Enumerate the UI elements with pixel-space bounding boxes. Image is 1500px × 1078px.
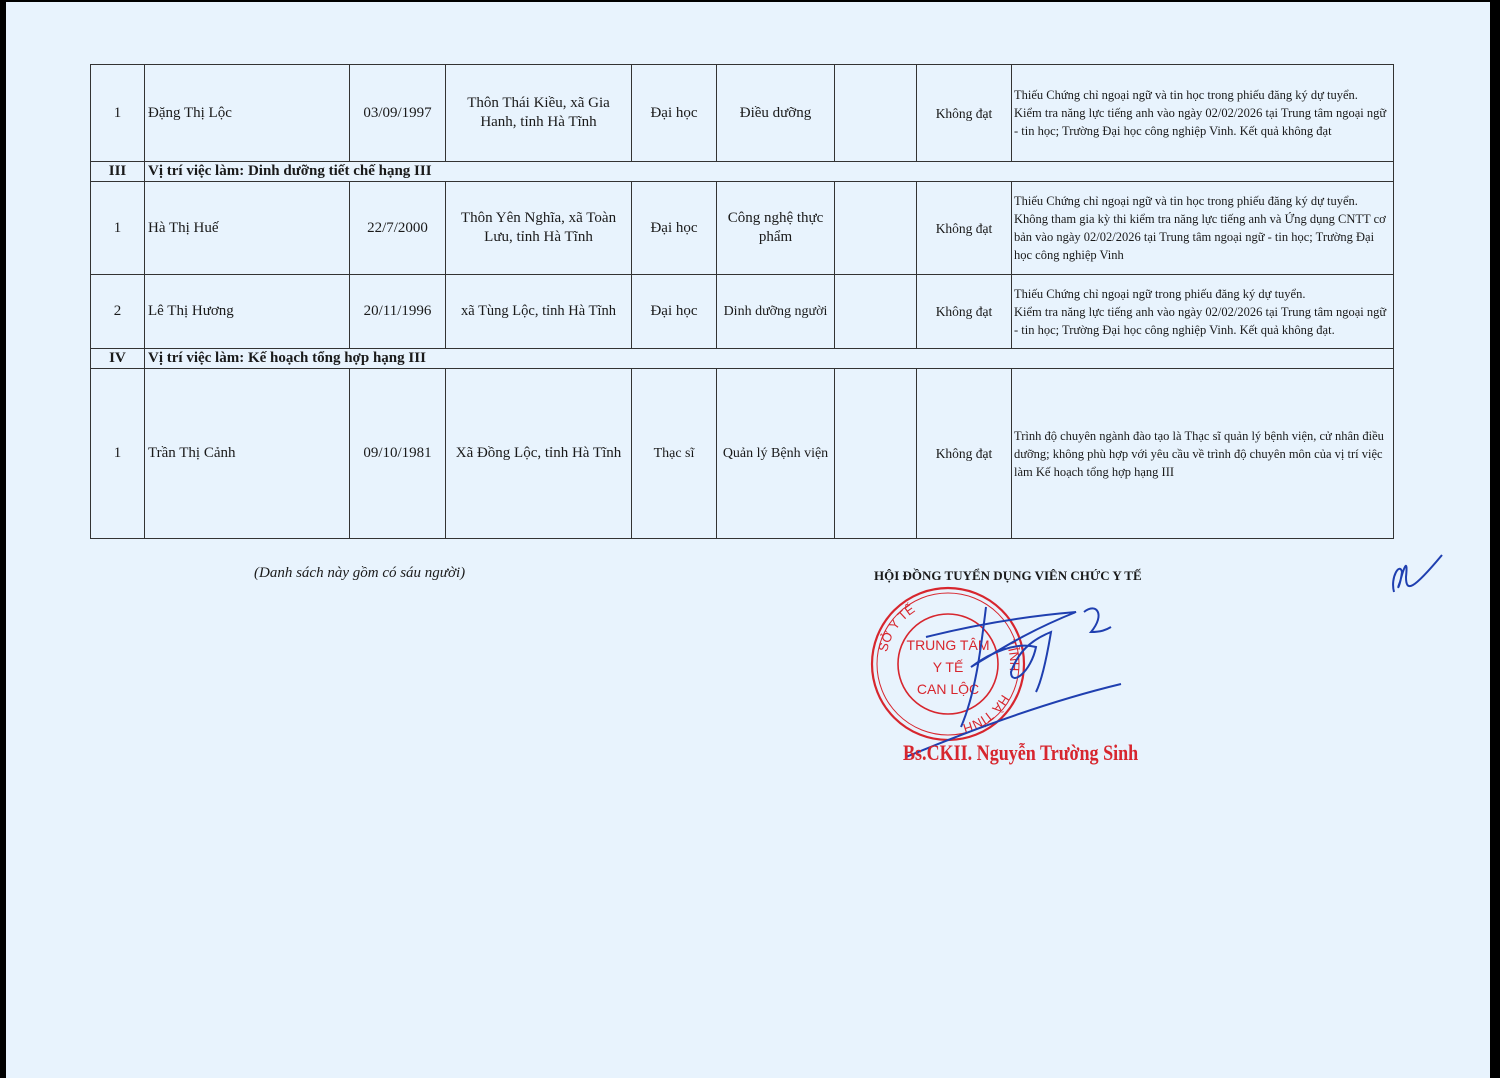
cell-name: Trần Thị Cảnh [145,369,350,539]
cell-extra [835,65,917,162]
cell-name: Đặng Thị Lộc [145,65,350,162]
cell-major: Quản lý Bệnh viện [717,369,835,539]
cell-note: Thiếu Chứng chỉ ngoại ngữ và tin học tro… [1012,182,1394,275]
cell-major: Công nghệ thực phẩm [717,182,835,275]
cell-result: Không đạt [917,65,1012,162]
council-title: HỘI ĐỒNG TUYỂN DỤNG VIÊN CHỨC Y TẾ [874,568,1142,584]
cell-dob: 20/11/1996 [350,275,446,349]
cell-no: 1 [91,65,145,162]
table-row: 1 Trần Thị Cảnh 09/10/1981 Xã Đồng Lộc, … [91,369,1394,539]
document-page: 1 Đặng Thị Lộc 03/09/1997 Thôn Thái Kiều… [6,2,1490,1078]
candidate-table: 1 Đặng Thị Lộc 03/09/1997 Thôn Thái Kiều… [90,64,1394,539]
cell-name: Hà Thị Huế [145,182,350,275]
cell-result: Không đạt [917,369,1012,539]
table-row: 1 Hà Thị Huế 22/7/2000 Thôn Yên Nghĩa, x… [91,182,1394,275]
list-count-note: (Danh sách này gồm có sáu người) [254,565,465,582]
cell-note: Trình độ chuyên ngành đào tạo là Thạc sĩ… [1012,369,1394,539]
cell-dob: 22/7/2000 [350,182,446,275]
cell-degree: Thạc sĩ [632,369,717,539]
cell-address: xã Tùng Lộc, tỉnh Hà Tĩnh [446,275,632,349]
section-number: III [91,162,145,182]
section-number: IV [91,349,145,369]
cell-address: Thôn Thái Kiều, xã Gia Hanh, tỉnh Hà Tĩn… [446,65,632,162]
cell-result: Không đạt [917,275,1012,349]
section-header-row: IV Vị trí việc làm: Kế hoạch tổng hợp hạ… [91,349,1394,369]
cell-no: 2 [91,275,145,349]
cell-no: 1 [91,369,145,539]
cell-extra [835,369,917,539]
cell-dob: 03/09/1997 [350,65,446,162]
cell-address: Thôn Yên Nghĩa, xã Toàn Lưu, tỉnh Hà Tĩn… [446,182,632,275]
cell-major: Điều dưỡng [717,65,835,162]
initial-mark-icon [1386,547,1446,597]
cell-dob: 09/10/1981 [350,369,446,539]
cell-extra [835,182,917,275]
cell-degree: Đại học [632,182,717,275]
table-row: 1 Đặng Thị Lộc 03/09/1997 Thôn Thái Kiều… [91,65,1394,162]
cell-major: Dinh dưỡng người [717,275,835,349]
cell-note: Thiếu Chứng chỉ ngoại ngữ và tin học tro… [1012,65,1394,162]
cell-degree: Đại học [632,65,717,162]
cell-name: Lê Thị Hương [145,275,350,349]
cell-note: Thiếu Chứng chỉ ngoại ngữ trong phiếu đă… [1012,275,1394,349]
section-title: Vị trí việc làm: Dinh dưỡng tiết chế hạn… [145,162,1394,182]
cell-degree: Đại học [632,275,717,349]
cell-address: Xã Đồng Lộc, tỉnh Hà Tĩnh [446,369,632,539]
cell-result: Không đạt [917,182,1012,275]
cell-extra [835,275,917,349]
signer-name: Bs.CKII. Nguyễn Trường Sinh [903,740,1138,766]
table-row: 2 Lê Thị Hương 20/11/1996 xã Tùng Lộc, t… [91,275,1394,349]
section-title: Vị trí việc làm: Kế hoạch tổng hợp hạng … [145,349,1394,369]
section-header-row: III Vị trí việc làm: Dinh dưỡng tiết chế… [91,162,1394,182]
cell-no: 1 [91,182,145,275]
